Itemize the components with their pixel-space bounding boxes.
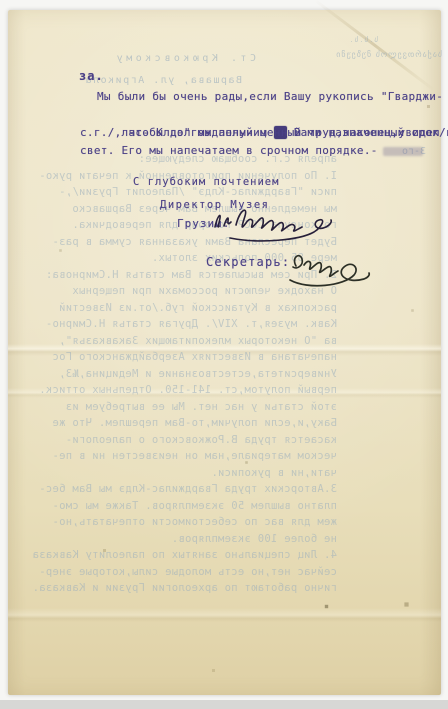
corner-crease (314, 0, 436, 92)
bleedthrough-line-15: этой статьи у нас нет. Мы ее вытребуем и… (40, 399, 337, 416)
bleedthrough-line-13: Университета,естествознание и Медицина,№… (40, 366, 337, 383)
bleedthrough-line-26: гично работают по археологии Грузии и Ка… (40, 580, 337, 597)
scanner-background-strip (0, 700, 448, 709)
bleedthrough-line-18: ческом материале,нам он неизвестен ни в … (40, 448, 337, 465)
body-paragraph: Мы были бы очень рады,если Вашу рукопись… (80, 88, 432, 160)
bleedthrough-line-11: ва "О некоторых млекопитающих Закавказья… (40, 333, 337, 350)
body-line-1: Мы были бы очень рады,если Вашу рукопись… (80, 88, 432, 106)
bleedthrough-line-20: 3.Авторских труда Гварджилас-Клдэ мы Вам… (40, 481, 337, 498)
bleedthrough-line-0: апреля с.г. сообщаю следующее: (40, 151, 337, 168)
letterhead-name-bleedthrough: საქართველოს მუზეუმი (306, 50, 442, 59)
bleedthrough-line-22: жем для вас по себестоимости отпечатать,… (40, 514, 337, 531)
bleedthrough-line-23: не более 100 экземпляров. (40, 531, 337, 548)
letterhead-abbr-bleedthrough: ს.ს.ს. (344, 36, 378, 44)
bleedthrough-line-9: раскопках в Кутаисской губ./от.из Извест… (40, 300, 337, 317)
director-signature (208, 196, 338, 248)
bleedthrough-line-10: Кавк. музея,т. XIV/. Другая статья Н.Сми… (40, 316, 337, 333)
addressee-bleedthrough: Ст. Крюковскому (72, 53, 256, 64)
letter-paper: ს.ს.ს. საქართველოს მუზეუმი Ст. Крюковско… (8, 10, 441, 695)
scanned-letter-page: { "page": { "background": "#f6f6f4", "pa… (0, 0, 448, 709)
bleedthrough-line-14: первый полутом,ст. 141-150. Отдельных от… (40, 382, 337, 399)
annotation-za: за. (79, 69, 104, 83)
closing-salutation: С глубоким почтением (133, 176, 279, 188)
secretary-signature (286, 244, 372, 300)
bleedthrough-line-24: 4. Лиц специально занятых по палеолиту К… (40, 547, 337, 564)
body-line-3: с.г./, чтобы долгожданный ценный труд,на… (80, 124, 432, 142)
horizontal-crease (8, 608, 441, 622)
body-line-2: лас- Клдэ" мы получим в Вами назначенный… (80, 106, 432, 124)
bleedthrough-line-21: платно вышлем 50 экземпляров. Также мы с… (40, 498, 337, 515)
paper-speckles (8, 10, 9, 11)
bleedthrough-line-19: чати,ни в рукописи. (40, 465, 337, 482)
secretary-label: Секретарь: (206, 255, 290, 269)
bleedthrough-line-25: сейчас нет,но есть молодые силы,которые … (40, 564, 337, 581)
bleedthrough-line-17: касается труда В.Рожковского о палеологи… (40, 432, 337, 449)
bleedthrough-line-12: напечатана в Известиях Азербайджанского … (40, 349, 337, 366)
bleedthrough-line-16: Баку,и,если получим,то-Вам перешлем. Что… (40, 415, 337, 432)
